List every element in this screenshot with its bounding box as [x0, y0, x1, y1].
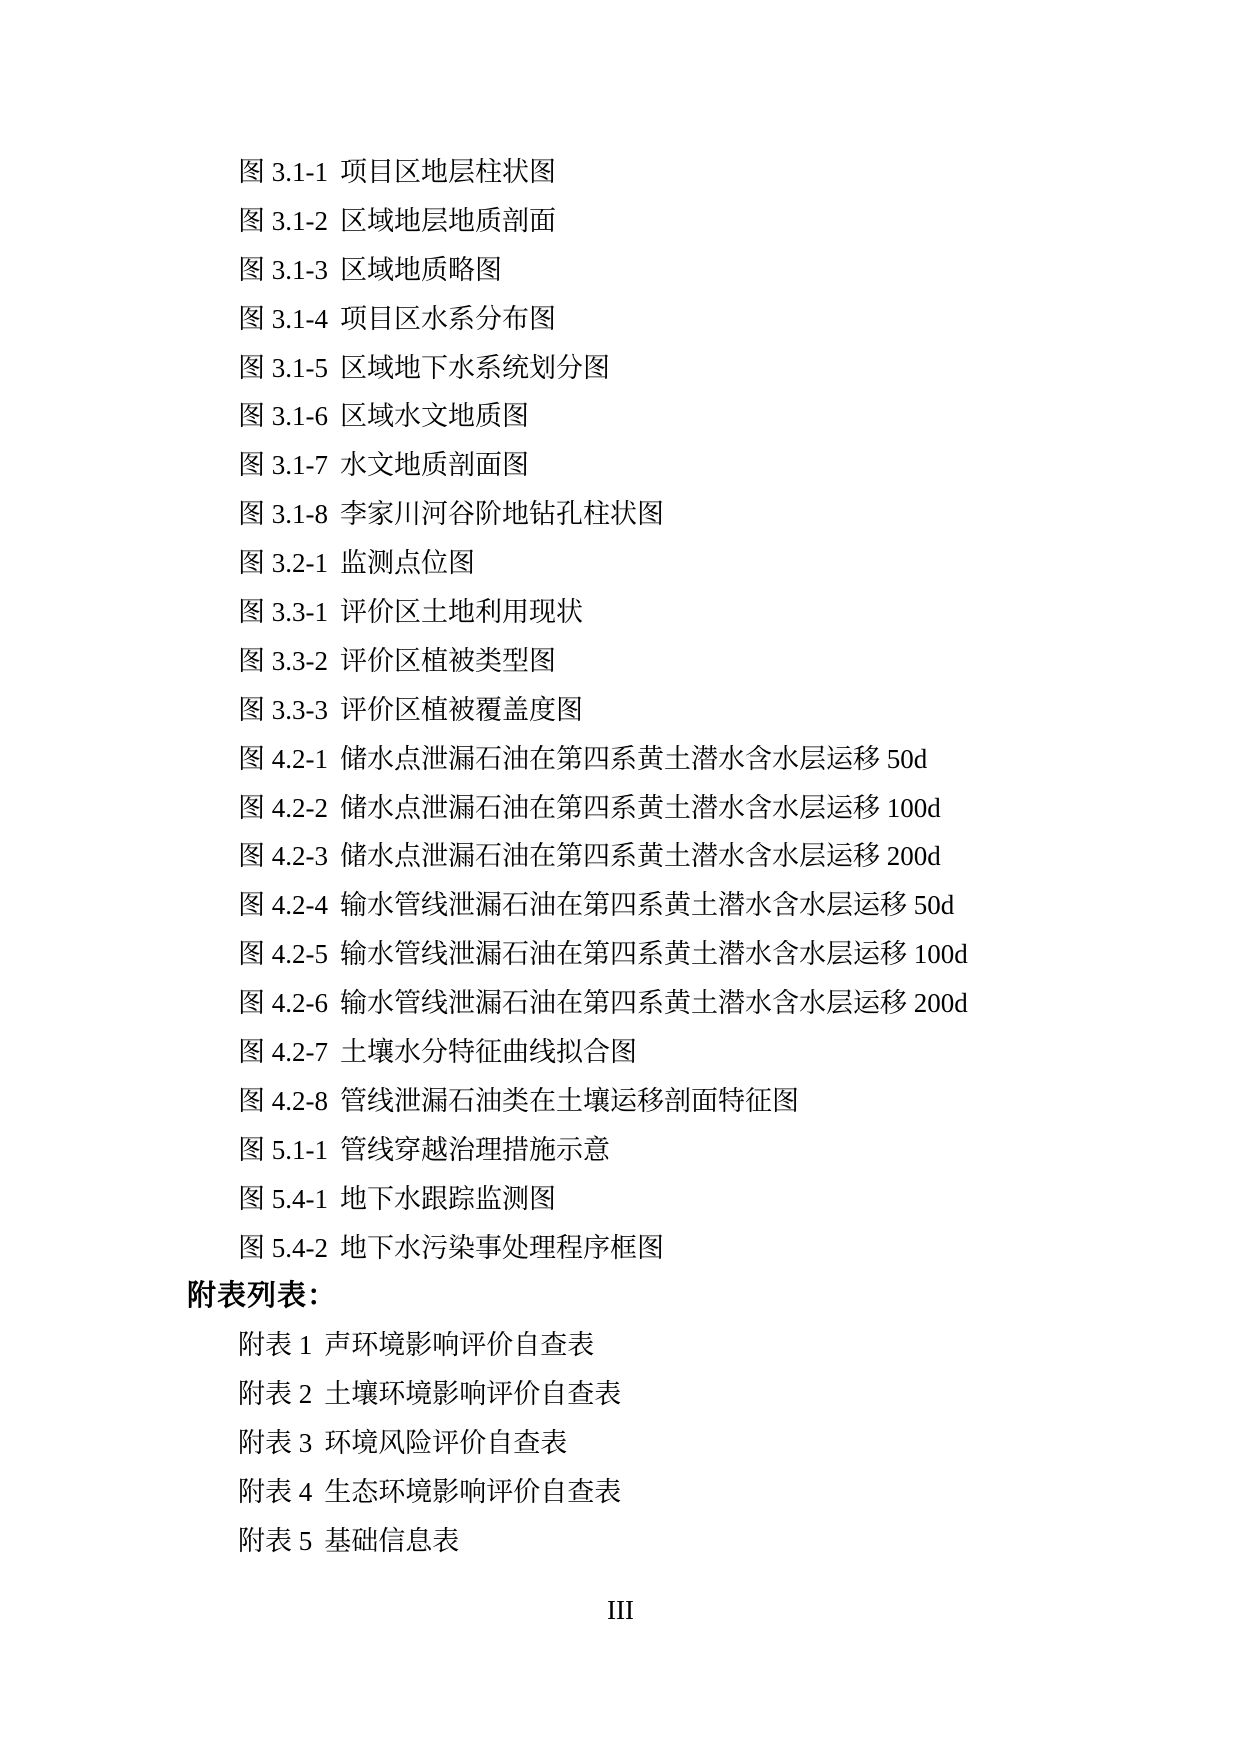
table-title: 土壤环境影响评价自查表 — [324, 1379, 621, 1409]
figure-number: 图 3.1-4 — [238, 295, 328, 344]
table-number: 附表 2 — [238, 1370, 312, 1419]
figure-number: 图 3.1-8 — [238, 490, 328, 539]
figure-entry: 图 3.1-7水文地质剖面图 — [0, 441, 1241, 490]
table-title: 基础信息表 — [324, 1526, 459, 1556]
figure-number: 图 4.2-7 — [238, 1028, 328, 1077]
figure-title: 项目区地层柱状图 — [340, 157, 556, 187]
figure-title: 管线泄漏石油类在土壤运移剖面特征图 — [340, 1086, 799, 1116]
figure-entry: 图 4.2-2储水点泄漏石油在第四系黄土潜水含水层运移 100d — [0, 784, 1241, 833]
figure-entry: 图 4.2-4输水管线泄漏石油在第四系黄土潜水含水层运移 50d — [0, 881, 1241, 930]
figure-number: 图 4.2-8 — [238, 1077, 328, 1126]
figure-number: 图 4.2-6 — [238, 979, 328, 1028]
figure-number: 图 4.2-3 — [238, 832, 328, 881]
table-entry: 附表 3环境风险评价自查表 — [0, 1419, 1241, 1468]
figure-title: 监测点位图 — [340, 548, 475, 578]
figure-number: 图 3.3-2 — [238, 637, 328, 686]
figure-title: 地下水污染事处理程序框图 — [340, 1233, 664, 1263]
figure-entry: 图 3.1-1项目区地层柱状图 — [0, 148, 1241, 197]
figure-entry: 图 3.2-1监测点位图 — [0, 539, 1241, 588]
figure-title: 管线穿越治理措施示意 — [340, 1135, 610, 1165]
figure-title: 土壤水分特征曲线拟合图 — [340, 1037, 637, 1067]
figure-entry: 图 5.1-1管线穿越治理措施示意 — [0, 1126, 1241, 1175]
figure-title: 李家川河谷阶地钻孔柱状图 — [340, 499, 664, 529]
figure-entry: 图 3.1-8李家川河谷阶地钻孔柱状图 — [0, 490, 1241, 539]
page-content: 图 3.1-1项目区地层柱状图 图 3.1-2区域地层地质剖面 图 3.1-3区… — [0, 148, 1241, 1566]
figure-entry: 图 3.3-3评价区植被覆盖度图 — [0, 686, 1241, 735]
table-number: 附表 1 — [238, 1321, 312, 1370]
figure-title: 区域地下水系统划分图 — [340, 353, 610, 383]
figure-number: 图 5.4-1 — [238, 1175, 328, 1224]
figure-number: 图 3.3-1 — [238, 588, 328, 637]
figure-title: 储水点泄漏石油在第四系黄土潜水含水层运移 200d — [340, 841, 941, 871]
figure-number: 图 3.1-7 — [238, 441, 328, 490]
figure-number: 图 5.4-2 — [238, 1224, 328, 1273]
figure-number: 图 4.2-2 — [238, 784, 328, 833]
figure-title: 区域水文地质图 — [340, 401, 529, 431]
figure-entry: 图 4.2-5输水管线泄漏石油在第四系黄土潜水含水层运移 100d — [0, 930, 1241, 979]
figure-number: 图 3.1-6 — [238, 392, 328, 441]
figure-entry: 图 4.2-6输水管线泄漏石油在第四系黄土潜水含水层运移 200d — [0, 979, 1241, 1028]
table-entry: 附表 4生态环境影响评价自查表 — [0, 1468, 1241, 1517]
figure-entry: 图 3.1-3区域地质略图 — [0, 246, 1241, 295]
table-number: 附表 4 — [238, 1468, 312, 1517]
figure-entry: 图 4.2-7土壤水分特征曲线拟合图 — [0, 1028, 1241, 1077]
figure-title: 输水管线泄漏石油在第四系黄土潜水含水层运移 200d — [340, 988, 968, 1018]
figure-number: 图 3.1-1 — [238, 148, 328, 197]
table-title: 环境风险评价自查表 — [324, 1428, 567, 1458]
figure-number: 图 3.1-3 — [238, 246, 328, 295]
figure-title: 输水管线泄漏石油在第四系黄土潜水含水层运移 100d — [340, 939, 968, 969]
table-entry: 附表 5基础信息表 — [0, 1517, 1241, 1566]
table-title: 生态环境影响评价自查表 — [324, 1477, 621, 1507]
table-title: 声环境影响评价自查表 — [324, 1330, 594, 1360]
figure-entry: 图 4.2-8管线泄漏石油类在土壤运移剖面特征图 — [0, 1077, 1241, 1126]
figure-entry: 图 4.2-1储水点泄漏石油在第四系黄土潜水含水层运移 50d — [0, 735, 1241, 784]
figure-number: 图 3.1-2 — [238, 197, 328, 246]
figure-number: 图 4.2-4 — [238, 881, 328, 930]
figure-title: 评价区植被覆盖度图 — [340, 695, 583, 725]
figure-number: 图 3.1-5 — [238, 344, 328, 393]
figure-entry: 图 3.1-2区域地层地质剖面 — [0, 197, 1241, 246]
tables-list-heading: 附表列表： — [0, 1272, 1241, 1321]
figure-entry: 图 3.3-2评价区植被类型图 — [0, 637, 1241, 686]
figure-title: 评价区植被类型图 — [340, 646, 556, 676]
table-list: 附表 1声环境影响评价自查表 附表 2土壤环境影响评价自查表 附表 3环境风险评… — [0, 1321, 1241, 1565]
figure-number: 图 4.2-5 — [238, 930, 328, 979]
table-number: 附表 3 — [238, 1419, 312, 1468]
figure-title: 区域地层地质剖面 — [340, 206, 556, 236]
figure-list: 图 3.1-1项目区地层柱状图 图 3.1-2区域地层地质剖面 图 3.1-3区… — [0, 148, 1241, 1272]
figure-entry: 图 3.1-5区域地下水系统划分图 — [0, 344, 1241, 393]
page-number: III — [0, 1597, 1241, 1624]
figure-entry: 图 4.2-3储水点泄漏石油在第四系黄土潜水含水层运移 200d — [0, 832, 1241, 881]
figure-title: 区域地质略图 — [340, 255, 502, 285]
figure-title: 评价区土地利用现状 — [340, 597, 583, 627]
figure-number: 图 3.2-1 — [238, 539, 328, 588]
figure-number: 图 5.1-1 — [238, 1126, 328, 1175]
table-number: 附表 5 — [238, 1517, 312, 1566]
figure-title: 水文地质剖面图 — [340, 450, 529, 480]
table-entry: 附表 2土壤环境影响评价自查表 — [0, 1370, 1241, 1419]
figure-entry: 图 5.4-1地下水跟踪监测图 — [0, 1175, 1241, 1224]
figure-number: 图 3.3-3 — [238, 686, 328, 735]
figure-title: 地下水跟踪监测图 — [340, 1184, 556, 1214]
figure-title: 储水点泄漏石油在第四系黄土潜水含水层运移 50d — [340, 744, 927, 774]
figure-entry: 图 3.3-1评价区土地利用现状 — [0, 588, 1241, 637]
figure-entry: 图 3.1-6区域水文地质图 — [0, 392, 1241, 441]
figure-title: 项目区水系分布图 — [340, 304, 556, 334]
table-entry: 附表 1声环境影响评价自查表 — [0, 1321, 1241, 1370]
figure-title: 输水管线泄漏石油在第四系黄土潜水含水层运移 50d — [340, 890, 954, 920]
figure-number: 图 4.2-1 — [238, 735, 328, 784]
figure-entry: 图 3.1-4项目区水系分布图 — [0, 295, 1241, 344]
figure-title: 储水点泄漏石油在第四系黄土潜水含水层运移 100d — [340, 793, 941, 823]
document-page: 图 3.1-1项目区地层柱状图 图 3.1-2区域地层地质剖面 图 3.1-3区… — [0, 0, 1241, 1754]
figure-entry: 图 5.4-2地下水污染事处理程序框图 — [0, 1224, 1241, 1273]
